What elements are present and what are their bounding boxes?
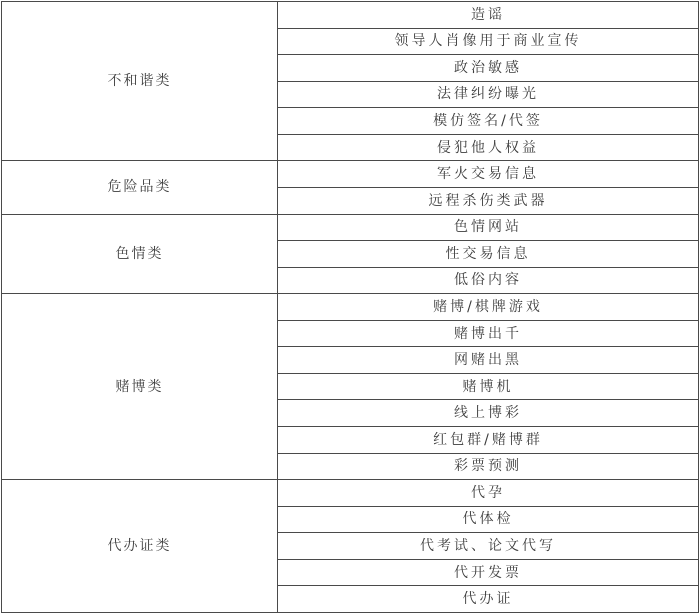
item-cell: 赌博出千 xyxy=(278,320,699,347)
item-cell: 红包群/赌博群 xyxy=(278,427,699,454)
item-cell: 法律纠纷曝光 xyxy=(278,81,699,108)
item-cell: 远程杀伤类武器 xyxy=(278,187,699,214)
item-cell: 造谣 xyxy=(278,2,699,29)
item-cell: 赌博机 xyxy=(278,373,699,400)
item-cell: 代开发票 xyxy=(278,559,699,586)
category-cell: 危险品类 xyxy=(2,161,278,214)
item-cell: 代办证 xyxy=(278,586,699,613)
table-row: 不和谐类 造谣 xyxy=(2,2,699,29)
category-cell: 代办证类 xyxy=(2,480,278,613)
item-cell: 低俗内容 xyxy=(278,267,699,294)
table-row: 代办证类 代孕 xyxy=(2,480,699,507)
item-cell: 模仿签名/代签 xyxy=(278,108,699,135)
item-cell: 彩票预测 xyxy=(278,453,699,480)
item-cell: 性交易信息 xyxy=(278,241,699,268)
table-row: 危险品类 军火交易信息 xyxy=(2,161,699,188)
category-cell: 色情类 xyxy=(2,214,278,294)
item-cell: 代考试、论文代写 xyxy=(278,533,699,560)
content-category-table-container: 不和谐类 造谣 领导人肖像用于商业宣传 政治敏感 法律纠纷曝光 模仿签名/代签 … xyxy=(1,1,698,613)
item-cell: 网赌出黑 xyxy=(278,347,699,374)
category-cell: 赌博类 xyxy=(2,294,278,480)
item-cell: 军火交易信息 xyxy=(278,161,699,188)
table-row: 色情类 色情网站 xyxy=(2,214,699,241)
category-cell: 不和谐类 xyxy=(2,2,278,161)
item-cell: 赌博/棋牌游戏 xyxy=(278,294,699,321)
item-cell: 侵犯他人权益 xyxy=(278,134,699,161)
item-cell: 色情网站 xyxy=(278,214,699,241)
content-category-table: 不和谐类 造谣 领导人肖像用于商业宣传 政治敏感 法律纠纷曝光 模仿签名/代签 … xyxy=(1,1,699,613)
item-cell: 线上博彩 xyxy=(278,400,699,427)
item-cell: 领导人肖像用于商业宣传 xyxy=(278,28,699,55)
item-cell: 代孕 xyxy=(278,480,699,507)
item-cell: 政治敏感 xyxy=(278,55,699,82)
item-cell: 代体检 xyxy=(278,506,699,533)
table-row: 赌博类 赌博/棋牌游戏 xyxy=(2,294,699,321)
